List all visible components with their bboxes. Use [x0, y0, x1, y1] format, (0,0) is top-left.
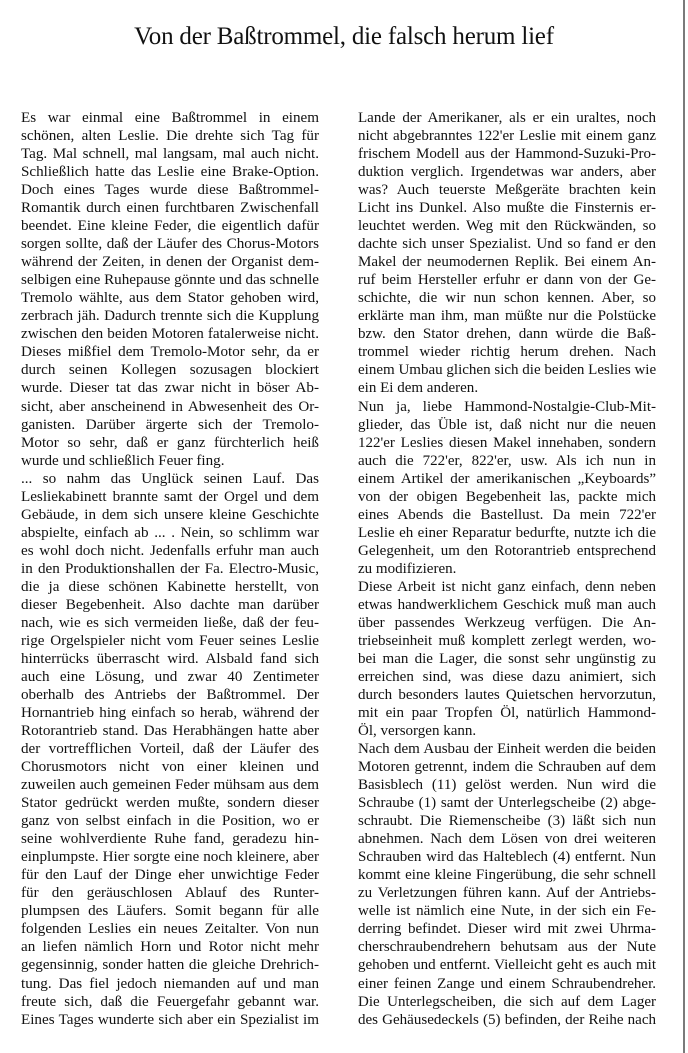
text-line: Nach dem Ausbau der Einheit werden die b…: [358, 740, 656, 758]
text-line: der vortrefflichen Vorteil, daß der Läuf…: [21, 740, 319, 758]
article-title: Von der Baßtrommel, die falsch herum lie…: [0, 22, 688, 52]
text-column-left: Es war einmal eine Baßtrommel in einemsc…: [21, 109, 319, 1029]
text-line: beendet. Eine kleine Feder, die eigentli…: [21, 217, 319, 235]
text-line: oberhalb des Antriebs der Baßtrommel. De…: [21, 686, 319, 704]
text-line: die ja diese schönen Kabinette herstellt…: [21, 578, 319, 596]
text-line: duktion verglich. Irgendetwas war anders…: [358, 163, 656, 181]
text-line: derring befindet. Dieser wird mit zwei U…: [358, 920, 656, 938]
text-line: durch besonders lautes Quietschen hervor…: [358, 686, 656, 704]
text-line: ein Ei dem anderen.: [358, 379, 656, 397]
text-line: für den geräuschlosen Ablauf des Runter-: [21, 884, 319, 902]
text-line: abnehmen. Nach dem Lösen von drei weiter…: [358, 830, 656, 848]
text-line: triebseinheit muß komplett zerlegt werde…: [358, 632, 656, 650]
text-line: zuweilen auch gemeinen Feder mühsam aus …: [21, 776, 319, 794]
text-line: Schrauben wird das Halteblech (4) entfer…: [358, 848, 656, 866]
text-line: Motor so sehr, daß er ganz fürchterlich …: [21, 434, 319, 452]
text-line: Makel der neumodernen Replik. Bei einem …: [358, 253, 656, 271]
text-line: wurde und schließlich Feuer fing.: [21, 452, 319, 470]
text-line: Es war einmal eine Baßtrommel in einem: [21, 109, 319, 127]
text-line: hinterrücks überrascht wird. Alsbald fan…: [21, 650, 319, 668]
text-line: wurde. Dieser tat das zwar nicht in böse…: [21, 379, 319, 397]
text-line: cherschraubendrehern behutsam aus der Nu…: [358, 938, 656, 956]
text-line: abspielte, einfach ab ... . Nein, so sch…: [21, 524, 319, 542]
text-line: zwischen den beiden Motoren fatalerweise…: [21, 325, 319, 343]
text-line: ganisten. Darüber ärgerte sich der Tremo…: [21, 416, 319, 434]
text-line: erreichen sind, was diese dazu animiert,…: [358, 668, 656, 686]
text-line: Hornantrieb hing einfach so herab, währe…: [21, 704, 319, 722]
text-line: Schließlich hatte das Leslie eine Brake-…: [21, 163, 319, 181]
text-line: erklärte man ihm, man müßte nur die Pols…: [358, 307, 656, 325]
text-line: nach, wie es sich vermeiden ließe, daß d…: [21, 614, 319, 632]
text-line: einem Umbau glichen sich die beiden Lesl…: [358, 361, 656, 379]
text-line: auch eine Lösung, und zwar 40 Zentimeter: [21, 668, 319, 686]
text-line: mit ein paar Tropfen Öl, natürlich Hammo…: [358, 704, 656, 722]
text-line: zu modifizieren.: [358, 560, 656, 578]
text-line: über passendes Werkzeug verfügen. Die An…: [358, 614, 656, 632]
document-page: Von der Baßtrommel, die falsch herum lie…: [0, 0, 688, 1053]
text-line: kommt eine kleine Fingerübung, die sehr …: [358, 866, 656, 884]
text-line: zu Verletzungen führen kann. Auf der Ant…: [358, 884, 656, 902]
text-line: tung. Das fiel jedoch niemanden auf und …: [21, 975, 319, 993]
text-line: freute sich, daß die Feuergefahr gebannt…: [21, 993, 319, 1011]
text-line: dieser Begebenheit. Also dachte man darü…: [21, 596, 319, 614]
text-line: bei man die Lager, die sonst sehr ungüns…: [358, 650, 656, 668]
text-line: was? Auch teuerste Meßgeräte brachten ke…: [358, 181, 656, 199]
text-line: 122'er Leslies diesen Makel innehaben, s…: [358, 434, 656, 452]
text-line: Chorusmotors nicht von einer kleinen und: [21, 758, 319, 776]
text-line: Basisblech (11) gelöst werden. Nun wird …: [358, 776, 656, 794]
text-line: selbigen eine Ruhepause gönnte und das s…: [21, 271, 319, 289]
text-line: durch seinen Kollegen sozusagen blockier…: [21, 361, 319, 379]
text-line: Dieses mißfiel dem Tremolo-Motor sehr, d…: [21, 343, 319, 361]
text-line: bzw. den Stator drehen, dann würde die B…: [358, 325, 656, 343]
text-line: Leslie eh einer Reparatur bedurfte, nutz…: [358, 524, 656, 542]
text-line: des Gehäusedeckels (5) befinden, der Rei…: [358, 1011, 656, 1029]
text-line: nicht abgebranntes 122'er Leslie mit ein…: [358, 127, 656, 145]
text-line: gehoben und entfernt. Vielleicht geht es…: [358, 956, 656, 974]
text-line: Lande der Amerikaner, als er ein uraltes…: [358, 109, 656, 127]
text-line: es wohl doch nicht. Jedenfalls erfuhr ma…: [21, 542, 319, 560]
text-line: in den Produktionshallen der Fa. Electro…: [21, 560, 319, 578]
text-line: sicht, aber anscheinend in Abwesenheit d…: [21, 398, 319, 416]
text-line: Tag. Mal schnell, mal langsam, mal auch …: [21, 145, 319, 163]
text-line: zerbrach jäh. Dadurch trennte sich die K…: [21, 307, 319, 325]
text-line: ruf beim Hersteller erfuhr er dann von d…: [358, 271, 656, 289]
text-line: leuchtet werden. Weg mit den Rückwänden,…: [358, 217, 656, 235]
text-line: trommel wieder richtig herum drehen. Nac…: [358, 343, 656, 361]
text-line: für den Lauf der Dinge eher unwichtige F…: [21, 866, 319, 884]
text-line: von der obigen Begebenheit las, packte m…: [358, 488, 656, 506]
text-line: einer feinen Zange und einem Schraubendr…: [358, 975, 656, 993]
text-line: ganz von selbst einfach in die Position,…: [21, 812, 319, 830]
text-line: Stator gedrückt werden mußte, sondern di…: [21, 794, 319, 812]
text-line: Gelegenheit, um den Rotorantrieb entspre…: [358, 542, 656, 560]
text-line: plumpsen des Läufers. Somit begann für a…: [21, 902, 319, 920]
page-edge-divider: [683, 0, 685, 1053]
text-line: sorgen sollte, daß der Läufer des Chorus…: [21, 235, 319, 253]
text-line: Motoren getrennt, indem die Schrauben au…: [358, 758, 656, 776]
text-line: Eines Tages wunderte sich aber ein Spezi…: [21, 1011, 319, 1029]
text-line: Lesliekabinett brannte samt der Orgel un…: [21, 488, 319, 506]
text-line: Gebäude, in dem sich unsere kleine Gesch…: [21, 506, 319, 524]
text-line: während der Zeiten, in denen der Organis…: [21, 253, 319, 271]
text-line: Rotorantrieb stand. Das Herabhängen hatt…: [21, 722, 319, 740]
text-line: auch die 722'er, 822'er, usw. Als ich nu…: [358, 452, 656, 470]
text-line: folgenden Leslies ein neues Zeitalter. V…: [21, 920, 319, 938]
text-line: Nun ja, liebe Hammond-Nostalgie-Club-Mit…: [358, 398, 656, 416]
text-line: dachte sich unser Spezialist. Und so fan…: [358, 235, 656, 253]
text-line: Doch eines Tages wurde diese Baßtrommel-: [21, 181, 319, 199]
text-line: Diese Arbeit ist nicht ganz einfach, den…: [358, 578, 656, 596]
text-line: schichte, die wir nun schon kennen. Aber…: [358, 289, 656, 307]
text-line: ... so nahm das Unglück seinen Lauf. Das: [21, 470, 319, 488]
text-line: seine wohlverdiente Ruhe fand, geradezu …: [21, 830, 319, 848]
text-line: Licht ins Dunkel. Also mußte die Finster…: [358, 199, 656, 217]
text-line: Die Unterlegscheiben, die sich auf dem L…: [358, 993, 656, 1011]
text-line: schraubt. Die Riemenscheibe (3) läßt sic…: [358, 812, 656, 830]
text-line: an liefen nämlich Horn und Rotor nicht m…: [21, 938, 319, 956]
text-column-right: Lande der Amerikaner, als er ein uraltes…: [358, 109, 656, 1029]
text-line: glieder, das Üble ist, daß nicht nur die…: [358, 416, 656, 434]
text-line: einem Artikel der amerikanischen „Keyboa…: [358, 470, 656, 488]
text-line: eines Abends die Bastellust. Da mein 722…: [358, 506, 656, 524]
text-line: etwas handwerklichem Geschick muß man au…: [358, 596, 656, 614]
text-line: einplumpste. Hier sorgte eine noch klein…: [21, 848, 319, 866]
text-line: rige Orgelspieler nicht vom Feuer seines…: [21, 632, 319, 650]
text-line: schönen, alten Leslie. Die drehte sich T…: [21, 127, 319, 145]
text-line: Schraube (1) samt der Unterlegscheibe (2…: [358, 794, 656, 812]
text-line: welle ist nämlich eine Nute, in der sich…: [358, 902, 656, 920]
text-line: frischem Modell aus der Hammond-Suzuki-P…: [358, 145, 656, 163]
text-line: Romantik durch einen furchtbaren Zwische…: [21, 199, 319, 217]
text-line: gegensinnig, sonder hatten die gleiche D…: [21, 956, 319, 974]
text-line: Tremolo wählte, aus dem Stator gehoben w…: [21, 289, 319, 307]
text-line: Öl, versorgen kann.: [358, 722, 656, 740]
